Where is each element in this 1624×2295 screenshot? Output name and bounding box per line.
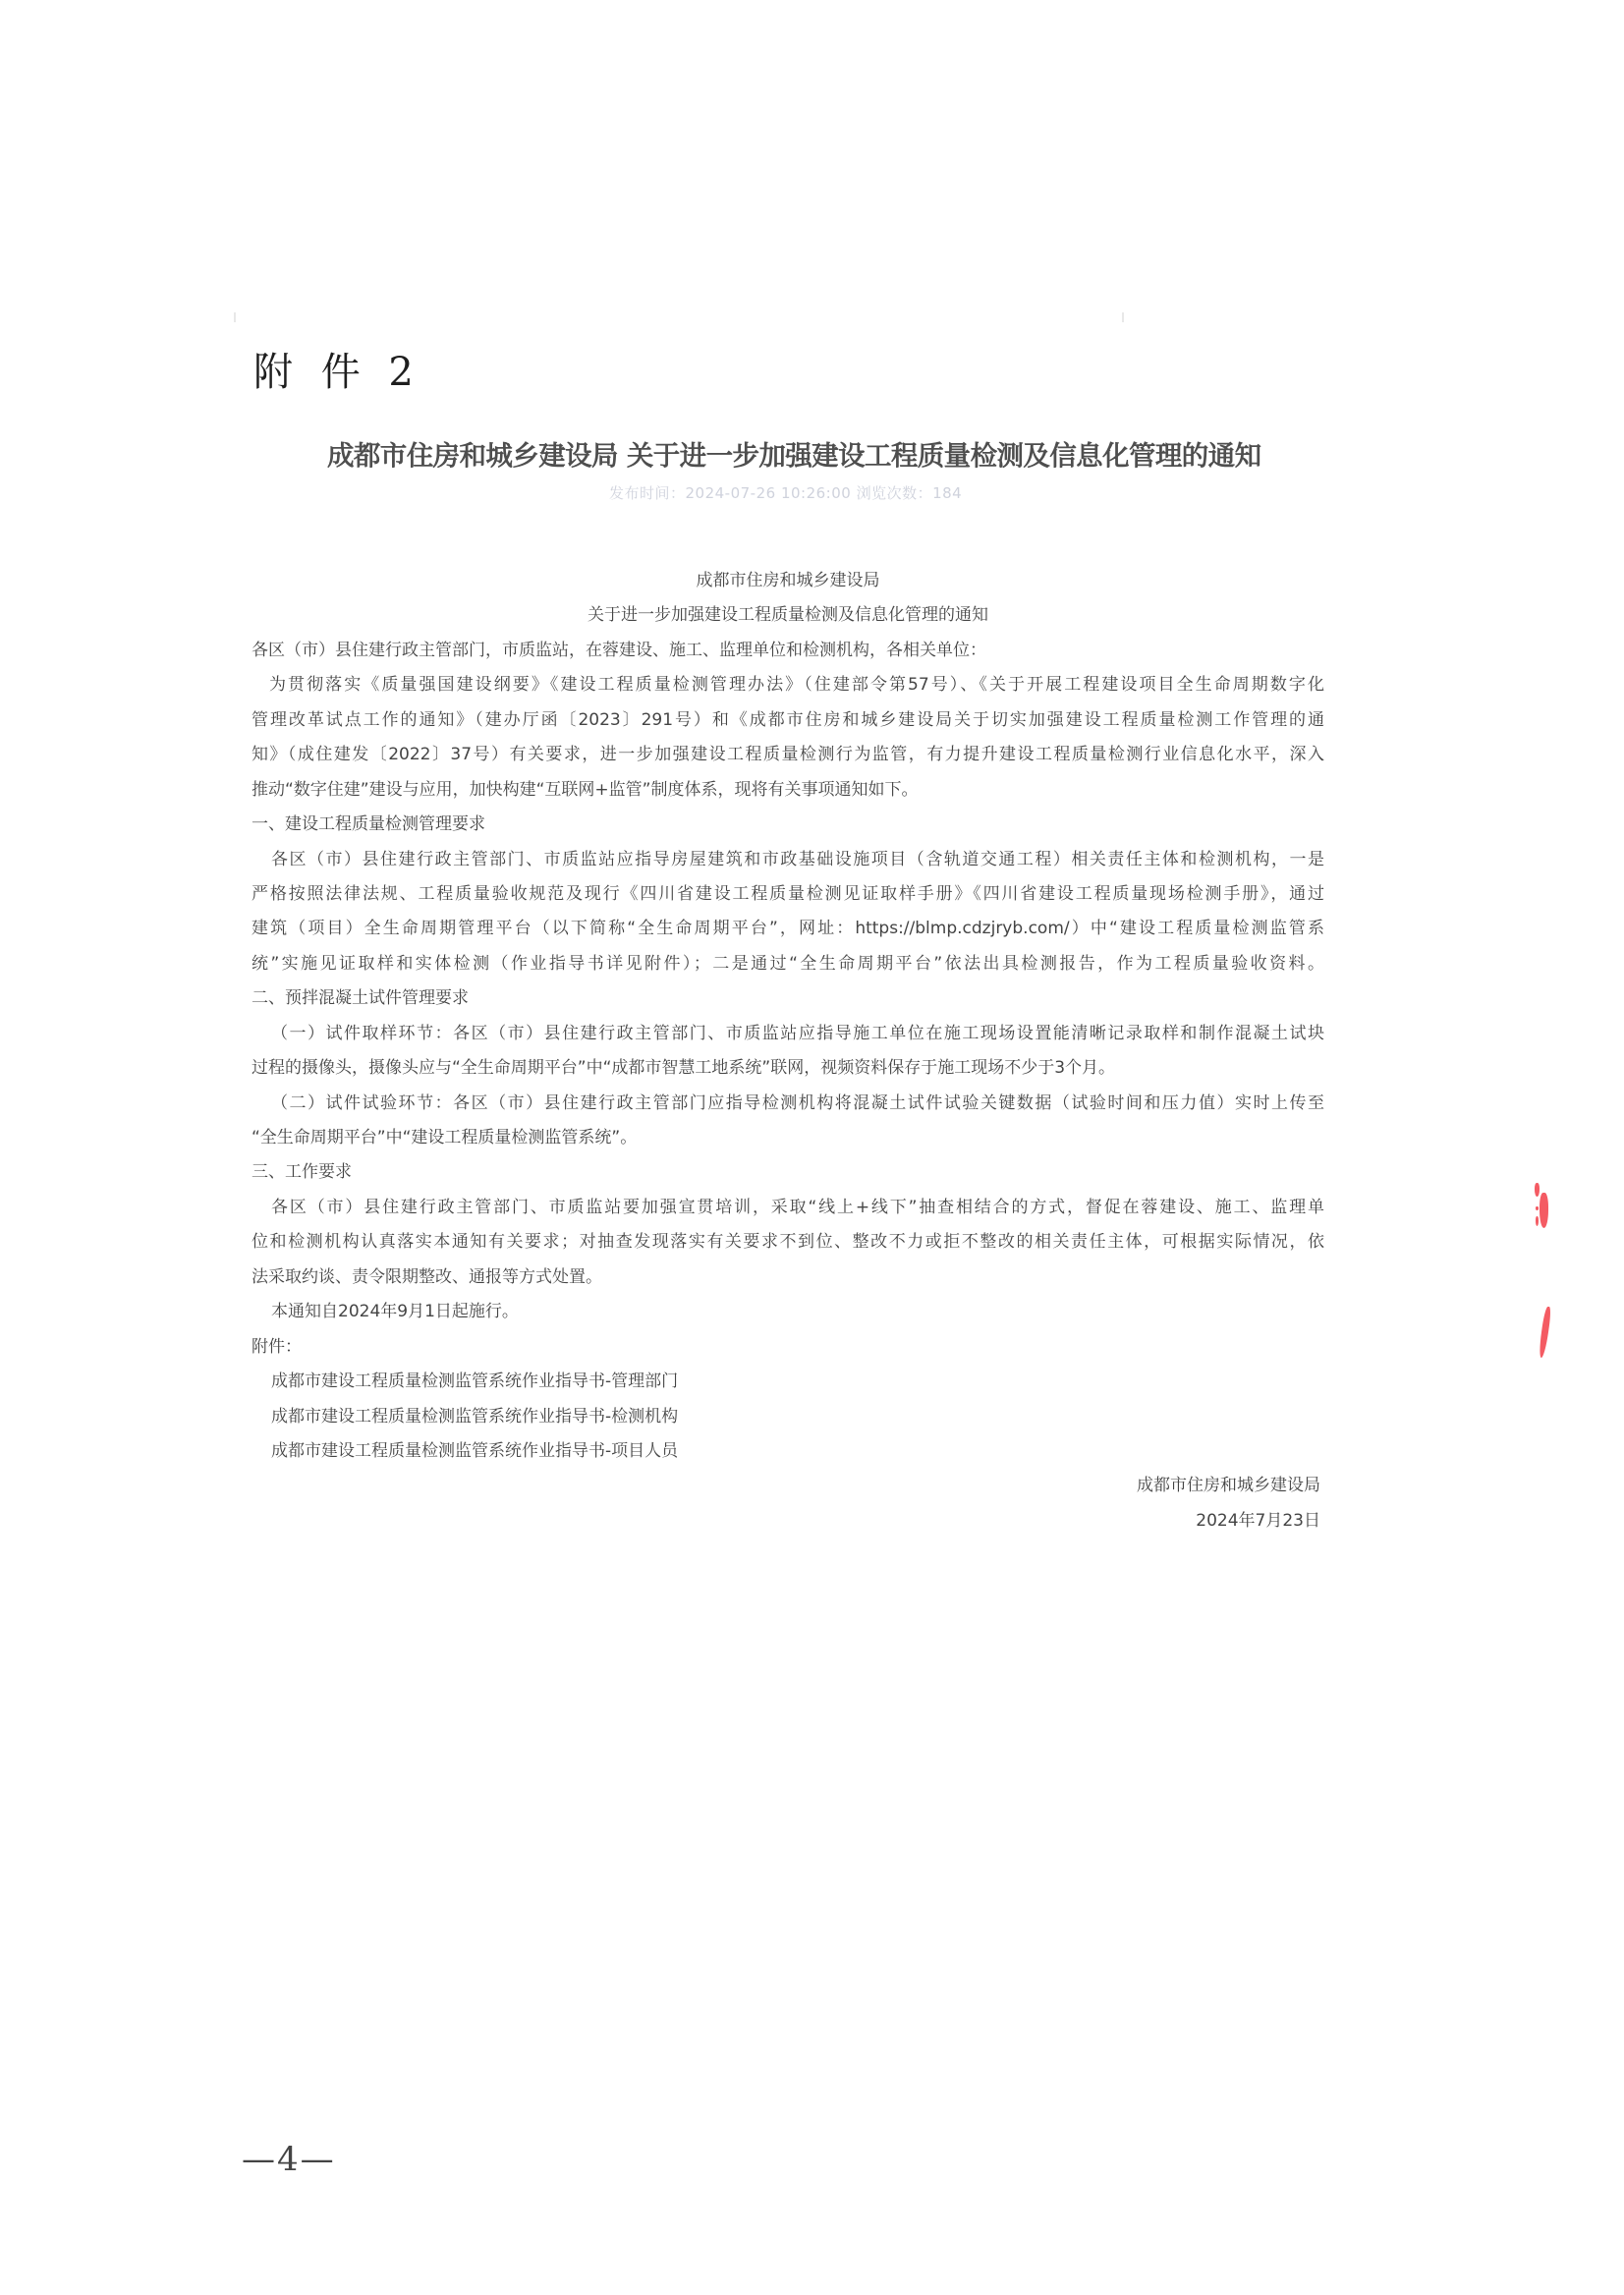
section-line: 各区（市）县住建行政主管部门、市质监站要加强宣贯培训，采取“线上+线下”抽查相结…	[252, 1191, 1324, 1225]
section-line: （一）试件取样环节：各区（市）县住建行政主管部门、市质监站应指导施工单位在施工现…	[252, 1017, 1324, 1051]
section-heading-1: 一、建设工程质量检测管理要求	[252, 808, 1324, 842]
publish-meta: 发布时间：2024-07-26 10:26:00 浏览次数：184	[609, 482, 962, 503]
section-line: 位和检测机构认真落实本通知有关要求；对抽查发现落实有关要求不到位、整改不力或拒不…	[252, 1225, 1324, 1259]
notice-title: 关于进一步加强建设工程质量检测及信息化管理的通知	[252, 598, 1324, 633]
signature-date: 2024年7月23日	[252, 1504, 1324, 1539]
page-number: —4—	[242, 2140, 336, 2179]
attachment-item: 成都市建设工程质量检测监管系统作业指导书-项目人员	[252, 1434, 1324, 1469]
seal-fragment	[1536, 1206, 1539, 1210]
intro-line: 知》（成住建发〔2022〕37号）有关要求，进一步加强建设工程质量检测行为监管，…	[252, 738, 1324, 772]
section-heading-2: 二、预拌混凝土试件管理要求	[252, 981, 1324, 1016]
attachment-item: 成都市建设工程质量检测监管系统作业指导书-检测机构	[252, 1400, 1324, 1434]
intro-line: 管理改革试点工作的通知》（建办厅函〔2023〕291号）和《成都市住房和城乡建设…	[252, 703, 1324, 738]
section-heading-3: 三、工作要求	[252, 1155, 1324, 1190]
notice-salutation: 各区（市）县住建行政主管部门，市质监站，在蓉建设、施工、监理单位和检测机构，各相…	[252, 634, 1324, 668]
signature: 成都市住房和城乡建设局	[252, 1469, 1324, 1503]
section-line: 建筑（项目）全生命周期管理平台（以下简称“全生命周期平台”，网址：https:/…	[252, 912, 1324, 946]
notice-body: 成都市住房和城乡建设局 关于进一步加强建设工程质量检测及信息化管理的通知 各区（…	[252, 564, 1324, 1539]
seal-fragment	[1536, 1216, 1539, 1226]
seal-fragment	[1535, 1183, 1540, 1197]
intro-line: 推动“数字住建”建设与应用，加快构建“互联网+监管”制度体系，现将有关事项通知如…	[252, 773, 1324, 808]
notice-issuer: 成都市住房和城乡建设局	[252, 564, 1324, 598]
section-line: 各区（市）县住建行政主管部门、市质监站应指导房屋建筑和市政基础设施项目（含轨道交…	[252, 843, 1324, 877]
section-line: “全生命周期平台”中“建设工程质量检测监管系统”。	[252, 1121, 1324, 1155]
seal-fragment	[1538, 1307, 1551, 1358]
attachment-label: 附 件 2	[253, 341, 421, 397]
section-line: 严格按照法律法规、工程质量验收规范及现行《四川省建设工程质量检测见证取样手册》《…	[252, 877, 1324, 912]
scan-speck	[1122, 312, 1124, 322]
effective-date-line: 本通知自2024年9月1日起施行。	[252, 1295, 1324, 1329]
attachments-label: 附件：	[252, 1330, 1324, 1365]
attachment-item: 成都市建设工程质量检测监管系统作业指导书-管理部门	[252, 1365, 1324, 1399]
page-title: 成都市住房和城乡建设局 关于进一步加强建设工程质量检测及信息化管理的通知	[327, 433, 1246, 473]
section-line: 统”实施见证取样和实体检测（作业指导书详见附件）；二是通过“全生命周期平台”依法…	[252, 947, 1324, 981]
section-line: （二）试件试验环节：各区（市）县住建行政主管部门应指导检测机构将混凝土试件试验关…	[252, 1087, 1324, 1121]
section-line: 法采取约谈、责令限期整改、通报等方式处置。	[252, 1260, 1324, 1295]
intro-line: 为贯彻落实《质量强国建设纲要》《建设工程质量检测管理办法》（住建部令第57号）、…	[252, 668, 1324, 702]
scan-speck	[234, 312, 236, 322]
section-line: 过程的摄像头，摄像头应与“全生命周期平台”中“成都市智慧工地系统”联网，视频资料…	[252, 1051, 1324, 1086]
seal-fragment	[1540, 1193, 1548, 1228]
